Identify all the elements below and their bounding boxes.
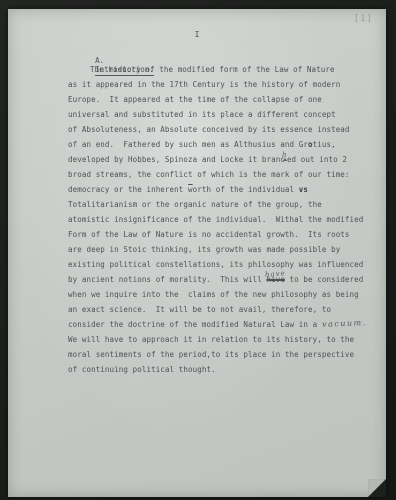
typed-text: democracy or the inherent [68,185,188,194]
typed-text: broad streams, the conflict of which is … [68,170,350,179]
typed-line: atomistic insignificance of the individu… [68,212,373,227]
typed-text: We will have to approach it in relation … [68,335,354,344]
typed-line: existing political constellations, its p… [68,257,373,272]
typed-text: The history of the modified form of the … [90,65,335,74]
typed-text: atomistic insignificance of the individu… [68,215,363,224]
typed-text: Totalitarianism or the organic nature of… [68,200,322,209]
typed-text: Form of the Law of Nature is no accident… [68,230,350,239]
typed-text: are deep in Stoic thinking, its growth w… [68,245,340,254]
typed-line: Form of the Law of Nature is no accident… [68,227,373,242]
typed-text: consider the doctrine of the modified Na… [68,320,322,329]
typed-line: Totalitarianism or the organic nature of… [68,197,373,212]
photo-backdrop: [1] I A. Introduction. The history of th… [0,0,396,500]
page-numeral: I [8,30,386,39]
typed-text: by ancient notions of morality. This wil… [68,275,266,284]
typed-line: We will have to approach it in relation … [68,332,373,347]
typed-line: moral sentiments of the period,to its pl… [68,347,373,362]
typed-line: democracy or the inherent worth of the i… [68,182,373,197]
typed-text: existing political constellations, its p… [68,260,363,269]
typed-text: orth of the individual [193,185,299,194]
typed-text: of an end. Fathered by such men as Althu… [68,140,308,149]
typed-lines: The history of the modified form of the … [68,62,373,377]
insert-text: h [285,157,287,167]
typed-text: to be considered [285,275,363,284]
typed-text: of Absoluteness, an Absolute conceived b… [68,125,350,134]
strike-text: hivehave [266,275,284,284]
typed-text: moral sentiments of the period,to its pl… [68,350,354,359]
typed-line: consider the doctrine of the modified Na… [68,317,373,332]
typed-line: of an end. Fathered by such men as Althu… [68,137,373,152]
manuscript-page: [1] I A. Introduction. The history of th… [8,9,386,497]
handwritten-word: vacuum. [322,315,367,332]
typed-line: of Absoluteness, an Absolute conceived b… [68,122,373,137]
typed-line: The history of the modified form of the … [68,62,373,77]
typed-text: ed out into 2 [287,155,347,164]
typed-line: as it appeared in the 17th Century is th… [68,77,373,92]
typed-text: of continuing political thought. [68,365,216,374]
typed-line: an exact science. It will be to not avai… [68,302,373,317]
typed-text: as it appeared in the 17th Century is th… [68,80,340,89]
typed-line: broad streams, the conflict of which is … [68,167,373,182]
typed-text: Europe. It appeared at the time of the c… [68,95,322,104]
typed-text: universal and substituted in its place a… [68,110,336,119]
handwritten-note: have [265,266,287,282]
typed-line: universal and substituted in its place a… [68,107,373,122]
bold-text: vs [299,185,308,194]
handwritten-note: h [282,148,287,163]
typed-text: an exact science. It will be to not avai… [68,305,331,314]
typed-line: Europe. It appeared at the time of the c… [68,92,373,107]
typed-line: by ancient notions of morality. This wil… [68,272,373,287]
typed-line: of continuing political thought. [68,362,373,377]
typed-text: developed by Hobbes, Spinoza and Locke i… [68,155,285,164]
typed-line: when we inquire into the claims of the n… [68,287,373,302]
typed-text: tius, [313,140,336,149]
typed-text: when we inquire into the claims of the n… [68,290,359,299]
typed-line: are deep in Stoic thinking, its growth w… [68,242,373,257]
corner-page-mark: [1] [354,14,373,24]
typed-line: developed by Hobbes, Spinoza and Locke i… [68,152,373,167]
